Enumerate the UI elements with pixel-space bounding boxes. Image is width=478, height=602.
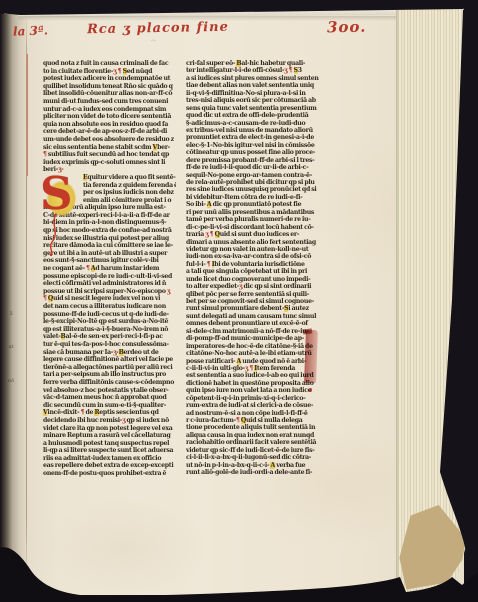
text-line: siae cā bumana per Ia-ʒ-Berdeo ut de [43,349,176,357]
text-line: a tali que singula cōpetebat ut ibi in p… [186,268,319,275]
text-line: vāc-d-tamen meus hoc ñ approbat quod [43,394,176,402]
text-line: quilibet insolidum teneat Rño sic quādo … [43,83,176,91]
text-line: eos sunt-§-sanctimus igitur colē-v-ibi [43,257,176,265]
text-line: §-adicimus-a-c-causam-de re-iudi-duo [186,120,319,127]
text-line: cōtineatur qp unus posset fine alio proc… [186,149,319,156]
text-line: si-dele-clm matrimonii-a nō-ff-de re-iu- [186,328,319,335]
showthrough-glyph: ʒ [4,296,18,330]
showthrough-fragments: ʒ ut nō [4,296,18,398]
text-line: potest iudex adicere in condempnatōe ut [43,75,176,83]
text-line: a huiusmodi potest tanq suspectus repel [43,440,176,448]
text-line: unde licet duo cognoverant uno impedi- [186,276,319,283]
text-line: possune episcopi-de re iudi-c-ult-li-vi-… [43,273,176,281]
text-line: untur ad-c-a iudex eos condempnat sim [43,106,176,114]
text-line: ferre verba diffinitōnis cause-s-cōdempn… [43,379,176,387]
text-line: tres-nisi aliquis eorū sic per cōtumaciā… [186,97,319,104]
red-margin-mark-dot [309,388,312,392]
text-line: ¶ subtilius fuit secundū ad hoc tendat q… [43,151,176,159]
text-line: ter intelligatur-l-i-de offi-cōsul-ʒ ¶ S… [186,67,319,74]
text-line: to alter expediet-ʒ dic qp si sint ordin… [186,283,319,290]
text-line: to in ciuitate florentie-ʒ ¶ Sed nūqd [43,68,176,76]
top-edge-shadow [16,16,456,21]
text-line: um-unde debet eos absoluere de residuo z [43,136,176,144]
text-line: Vincē-dixit- ¶ de Reptis sescientus qd [43,409,176,417]
text-line: cere debet-ar-ē-de ap-eos-z-ff-de arbi-d… [43,128,176,136]
text-line: videt clare ita qp non potest legere vel… [43,425,176,433]
text-line: iudex exprimis qp-c-soluti omnes sint li [43,159,176,167]
text-line: quia non absolute eos in residuo quod fa [43,121,176,129]
text-line: ii-q-vi-§-diffinitiua-No-si plura-a-l-si… [186,90,319,97]
text-line: imperatores-de hoc-ē-de citatōne-§-iā de [186,343,319,350]
text-line: tiae debent alias non valet sententia un… [186,82,319,89]
text-line: rum-extra de iudi-at si clerici-a de cōs… [186,402,319,409]
text-line: raciohabitio ordinarii facit valere sent… [186,439,319,446]
text-line: runt aliō-golē-de iudi-ordi-a dele-ante … [186,469,319,476]
text-line: ful-l-i- ¶ Ibi de voluntaria iurisdictiō… [186,261,319,268]
text-line: tierōnē-a allegactōnes partiū per aliū r… [43,364,176,372]
text-line: eas repellere debet extra de excep-excep… [43,462,176,470]
text-line: runt simul pronuntiare debent-Si autez [186,305,319,312]
text-line: dictionē habet in questōne proposita ali… [186,380,319,387]
text-line: a si iudices sint plures omnes simul sen… [186,75,319,82]
text-line: bet per se cognovit-sed si simul cognoue… [186,298,319,305]
text-line: traria ʒ ¶ Quid si sunt duo iudices er- [186,231,319,238]
text-line: muni di-ut fundus-sed cum tres conueni [43,98,176,106]
ink-ghost: ~ [150,36,158,46]
folio-annotation-left: la 3ª. [13,23,48,38]
text-line: possue ut ibi scripsi super-No-episcopo … [43,288,176,296]
text-line: di-c-pe-li-vi-si discordant locū habent … [186,224,319,231]
text-line: ut nō-in p-l-in-a-bx-q-ii-c-i- A verba f… [186,462,319,469]
text-line: electi cōfirmāti vel administratores id … [43,280,176,288]
text-line: ci-l-ii-li-x-a-bx-q-ii-lugonū-sed dic cō… [186,454,319,461]
text-line: pronuntiet extra de elect-in genesi-a-i-… [186,134,319,141]
text-line: decidendo ibi huc remisi-ʒ qp si iudex n… [43,417,176,425]
red-margin-mark [304,330,318,383]
text-line: ff-de re iudi-l-ii-quod dic ur-ii-de arb… [186,164,319,171]
text-line: le-§-excipi-No-Itē qp est surdus-a-No-it… [43,318,176,326]
text-line: sunt delegati ad unam causam tunc simul [186,313,319,320]
text-line: tione procedente aliquis tulit sententiā… [186,424,319,431]
text-line: dic secundū cum in sum-e-ti-§-qualiter- [43,402,176,410]
decorated-initial-s: S [40,170,80,218]
text-line: aliqua causa in qua iudex non erat nunqd [186,432,319,439]
text-line: de rela-autē-prohibet ubi dicitur qp si … [186,179,319,186]
text-line: posse ratificari- A unde quod nō ē arbi- [186,358,319,365]
text-line: ¶ Quid si nescit legere iudex vel non vi [43,295,176,303]
text-line: So ibi- A dic qp pronuntiatō potest fie [186,201,319,208]
text-line: dere premissa probant-ff-de arbi-si l tr… [186,157,319,164]
showthrough-glyph: ut [4,330,18,364]
folio-annotation-title: Rca ʒ placon fine [87,20,229,37]
text-line: res sine iudices unusquisq pronūciet qd … [186,186,319,193]
text-line: tari a per-seipsum ab illo instructus pr… [43,371,176,379]
text-line: pliciter non videt de toto dicere senten… [43,113,176,121]
text-line: possune-ff-de iudi-cecus ut q-de iudi-de… [43,311,176,319]
text-line: vel absoluo-z hoc potestatis ytalie obse… [43,387,176,395]
text-line: citatōne-No-hoc autē-a le-ibi etiam-utrū [186,350,319,357]
text-line: qlibet pōc per se ferre sententiā si qui… [186,291,319,298]
initial-pen-flourish [42,212,72,256]
text-line: cōpetent-ii-q-i-in primis-xi-q-i-clerico… [186,395,319,402]
text-line: ex tribus-vel nisi unus de mandato alior… [186,127,319,134]
text-line: tur ē-qui tes-fa-pos-l-hoc consulessōma- [43,341,176,349]
text-line: ri per unū aliis presentibus a mādantibu… [186,209,319,216]
text-line: quod nota z fuit in causa criminali de f… [43,60,176,68]
text-line: di-pomp-ff-ad munic-municipe-de ap- [186,335,319,342]
text-line: dimari a unus absente alio fert sententi… [186,239,319,246]
text-line: iudi-non ex-sa-iva-ar-contra si de ofsi-… [186,253,319,260]
text-line: bi videbitur-Item cōtra de re iudi-e-fi- [186,194,319,201]
text-line: det nam cecus a illiteratus iudicare non [43,303,176,311]
text-line: quod dic ut extra de offi-dele-prudentiā [186,112,319,119]
showthrough-glyph: nō [4,364,18,398]
text-line: qp est illiteratus-a-ī-§-buera-No-irem n… [43,326,176,334]
text-line: li-qp a si litere suspecte sunt licet ad… [43,447,176,455]
text-line: sequil-No-pone ergo-ar-tamen contra-ē- [186,172,319,179]
text-line: c-ii-li-vi-in ulti-glo-ʒ ¶ Item ferenda [186,365,319,372]
text-line: ad nostrum-ē-si a non cōpe iudi-l-fi-ff-… [186,410,319,417]
text-line: elec-§-1-No-bis igitur-vel nisi in cōmis… [186,142,319,149]
fore-edge-shade [396,9,399,593]
text-line: cri-fal super eō- Bal-hic habetur quali- [186,60,319,67]
manuscript-scan: ʒ ut nō la 3ª. Rca ʒ placon fine ~ 3oo. … [0,0,478,602]
text-line: riis ea admittat-iudex tamen ex officio [43,455,176,463]
text-line: legere cause diffinitionē alteri vel fac… [43,356,176,364]
text-line: ne cogant aē- ¶ Ad harum instar idem [43,265,176,273]
text-line: videtur qp sic-ff de iudi-licet-ē-de iur… [186,447,319,454]
text-line: quin ipso iure non valet lata a non iudi… [186,387,319,394]
text-column-left: quod nota z fuit in causa criminali de f… [43,60,176,488]
red-margin-rule [27,54,28,176]
text-line: minare Reptum a rasurā vel cācellaturag [43,432,176,440]
text-line: r c-iura-factum-¶ Quid si nulla delega [186,417,319,424]
folio-number: 3oo. [327,18,367,37]
paragraph-1: quod nota z fuit in causa criminali de f… [43,60,176,174]
text-line: sic eius sententia bene stabit scdm Vber… [43,144,176,152]
text-line: libet insolidū-cōuenitur alias non-ar-ff… [43,90,176,98]
text-line: omnes debent pronuntiare ut excē-ē-of [186,320,319,327]
text-line: videtur qp non valet in auten-koll-ne-ut [186,246,319,253]
text-line: valet-Bal-ē-de sen-ex peri-reci-l-fi-p a… [43,333,176,341]
text-line: tamē per verba pluralis numeri-de re iu- [186,216,319,223]
text-line: est sententia a suo iudice-l-ab eo qui i… [186,372,319,379]
text-line: sens quia tunc valet sententia presentiu… [186,105,319,112]
text-column-right: cri-fal super eō- Bal-hic habetur quali-… [186,60,319,488]
text-line: onem-ff-de postu-quos prohibet-extra ē [43,470,176,478]
